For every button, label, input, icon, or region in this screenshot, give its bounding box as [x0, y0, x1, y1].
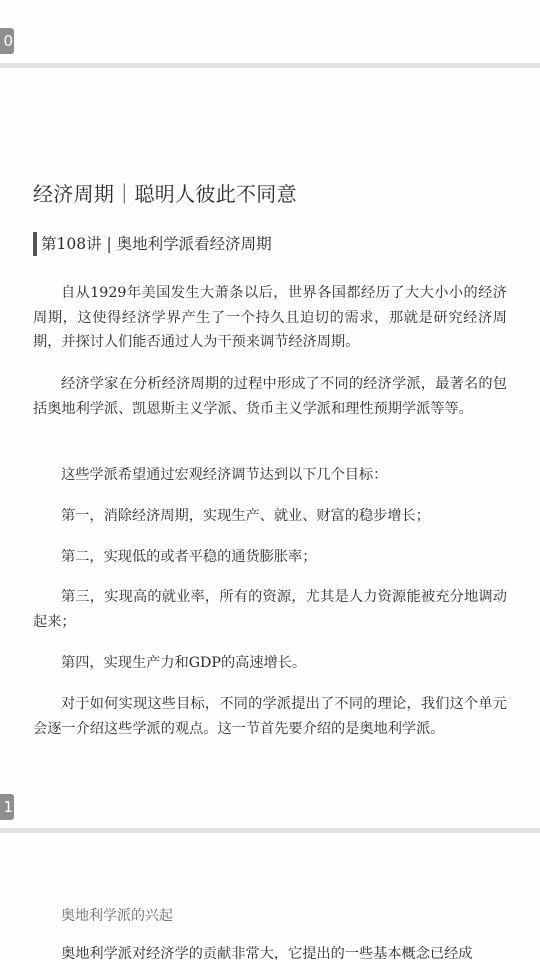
paragraph: 经济学家在分析经济周期的过程中形成了不同的经济学派，最著名的包括奥地利学派、凯恩…: [33, 372, 507, 421]
page-number-badge: 0: [0, 28, 14, 54]
lecture-heading: 第108讲 | 奥地利学派看经济周期: [33, 232, 272, 256]
paragraph: 第三，实现高的就业率，所有的资源，尤其是人力资源能被充分地调动起来；: [33, 585, 507, 634]
paragraph: 自从1929年美国发生大萧条以后，世界各国都经历了大大小小的经济周期，这使得经济…: [33, 281, 507, 355]
paragraph: 第二，实现低的或者平稳的通货膨胀率；: [33, 545, 507, 570]
paragraph: 奥地利学派对经济学的贡献非常大，它提出的一些基本概念已经成: [33, 942, 507, 960]
page-divider: [0, 63, 540, 68]
paragraph: 对于如何实现这些目标，不同的学派提出了不同的理论，我们这个单元会逐一介绍这些学派…: [33, 692, 507, 741]
page-number-badge: 1: [0, 794, 14, 820]
section-heading: 奥地利学派的兴起: [61, 905, 173, 925]
paragraph: 第一，消除经济周期，实现生产、就业、财富的稳步增长；: [33, 504, 507, 529]
paragraph: 这些学派希望通过宏观经济调节达到以下几个目标：: [33, 463, 507, 488]
paragraph: 第四，实现生产力和GDP的高速增长。: [33, 651, 507, 676]
page-divider: [0, 828, 540, 833]
article-title: 经济周期｜聪明人彼此不同意: [33, 178, 297, 207]
